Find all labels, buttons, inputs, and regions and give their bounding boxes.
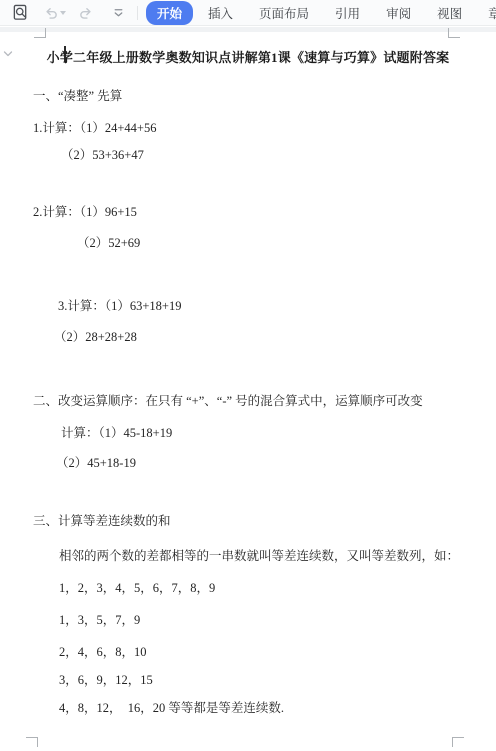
doc-line[interactable]: 三、计算等差连续数的和 xyxy=(33,511,171,529)
doc-line[interactable]: 计算：（1）45-18+19 xyxy=(61,423,172,441)
margin-mark-top-right xyxy=(448,28,460,38)
doc-title[interactable]: 小学二年级上册数学奥数知识点讲解第1课《速算与巧算》试题附答案 xyxy=(0,47,496,66)
redo-icon xyxy=(78,5,94,21)
doc-line[interactable]: （2）52+69 xyxy=(77,233,140,251)
quick-access-toolbar xyxy=(0,3,144,23)
margin-mark-top-left xyxy=(34,28,46,38)
doc-line[interactable]: 2.计算：（1）96+15 xyxy=(33,202,137,220)
toolbar-divider xyxy=(137,6,138,20)
doc-line[interactable]: 1，3，5，7，9 xyxy=(59,610,140,628)
doc-line[interactable]: 2，4，6，8，10 xyxy=(59,642,147,660)
doc-line[interactable]: 1.计算：（1）24+44+56 xyxy=(33,118,156,136)
doc-line[interactable]: 3，6，9，12，15 xyxy=(59,670,153,688)
tab-insert[interactable]: 插入 xyxy=(197,1,244,25)
undo-icon xyxy=(43,5,59,21)
tab-section[interactable]: 章节 xyxy=(477,1,496,25)
doc-line[interactable]: 二、改变运算顺序：在只有 “+”、“-” 号的混合算式中，运算顺序可改变 xyxy=(33,391,423,409)
doc-line[interactable]: 相邻的两个数的差都相等的一串数就叫等差连续数，又叫等差数列，如： xyxy=(59,546,459,564)
doc-line[interactable]: （2）45+18-19 xyxy=(56,453,136,471)
more-commands-button[interactable] xyxy=(108,3,129,23)
find-in-document-icon xyxy=(12,4,29,21)
margin-mark-bottom-left xyxy=(26,737,38,747)
doc-line[interactable]: 1，2，3，4，5，6，7，8，9 xyxy=(59,578,215,596)
toolbar: 开始 插入 页面布局 引用 审阅 视图 章节 xyxy=(0,0,496,26)
tab-home[interactable]: 开始 xyxy=(146,1,193,25)
doc-line[interactable]: 4，8，12， 16，20 等等都是等差连续数. xyxy=(59,698,284,716)
undo-button[interactable] xyxy=(39,3,70,23)
doc-line[interactable]: （2）53+36+47 xyxy=(61,145,144,163)
more-commands-icon xyxy=(112,6,125,19)
redo-button[interactable] xyxy=(74,3,98,23)
document-page[interactable]: 小学二年级上册数学奥数知识点讲解第1课《速算与巧算》试题附答案 一、“凑整” 先… xyxy=(0,32,496,751)
tab-references[interactable]: 引用 xyxy=(324,1,371,25)
margin-mark-bottom-right xyxy=(452,737,464,747)
tab-page-layout[interactable]: 页面布局 xyxy=(248,1,320,25)
find-in-document-button[interactable] xyxy=(8,3,33,23)
doc-line[interactable]: 3.计算：（1）63+18+19 xyxy=(58,296,181,314)
doc-line[interactable]: （2）28+28+28 xyxy=(54,327,137,345)
tab-view[interactable]: 视图 xyxy=(426,1,473,25)
ribbon-tabs: 开始 插入 页面布局 引用 审阅 视图 章节 xyxy=(146,1,496,25)
tab-review[interactable]: 审阅 xyxy=(375,1,422,25)
undo-dropdown-icon xyxy=(60,11,66,15)
doc-line[interactable]: 一、“凑整” 先算 xyxy=(33,86,122,104)
